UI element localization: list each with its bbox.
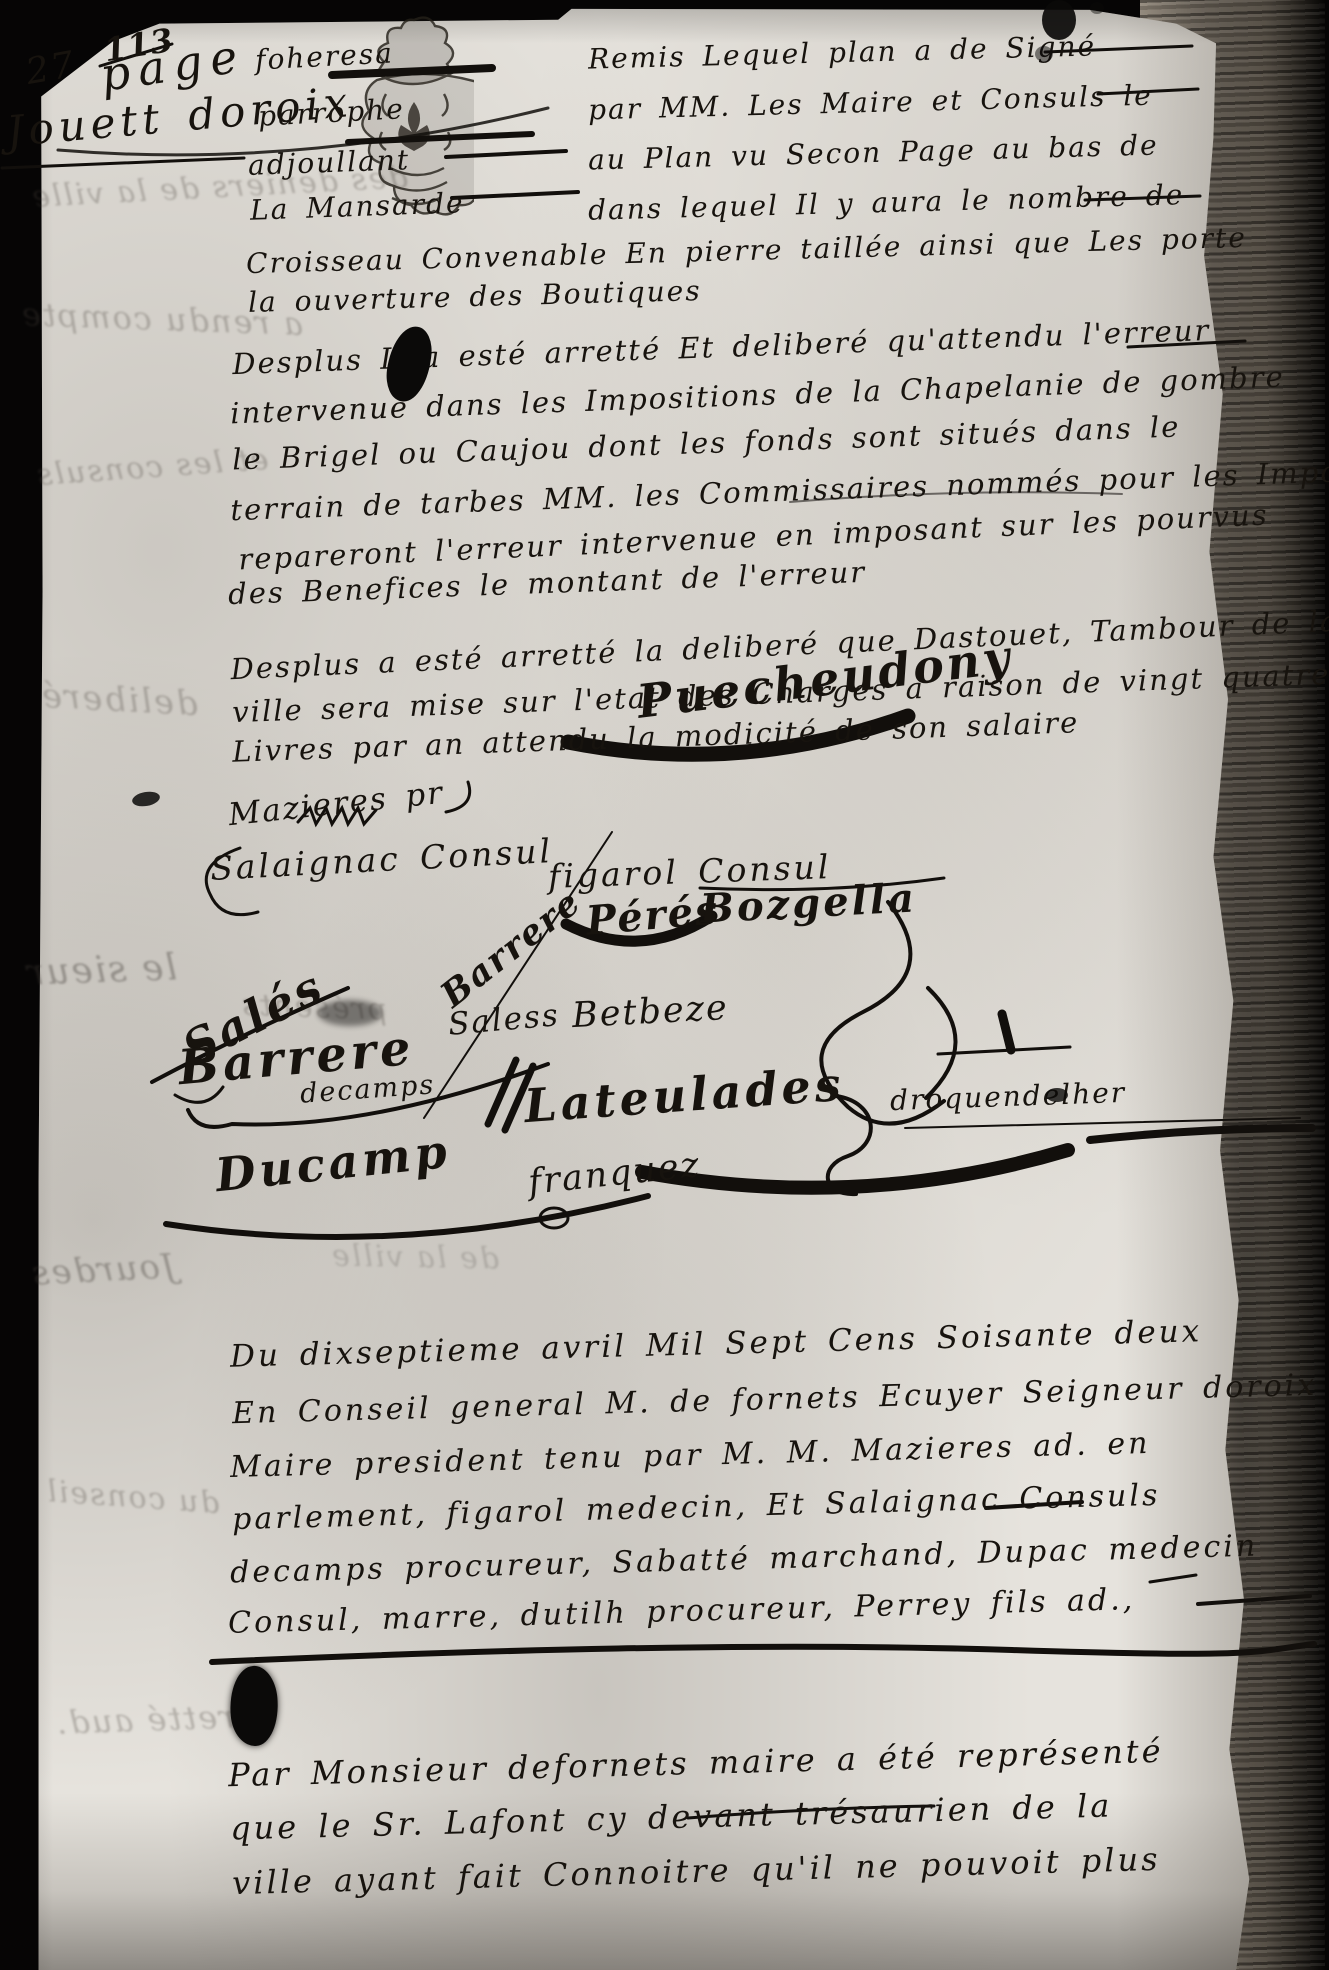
- signature: Betbeze: [571, 988, 730, 1036]
- ink-smudge: [318, 1000, 382, 1026]
- ink-spot: [1046, 1088, 1068, 1102]
- ink-spot: [1090, 2, 1104, 14]
- text-line: adjoullant: [247, 143, 410, 182]
- ink-spot: [1042, 0, 1076, 40]
- margin-note-number: 27: [23, 44, 79, 93]
- ink-spot: [1035, 46, 1053, 62]
- scanned-register-page: des deniers de la ville a rendu compte e…: [0, 0, 1329, 1970]
